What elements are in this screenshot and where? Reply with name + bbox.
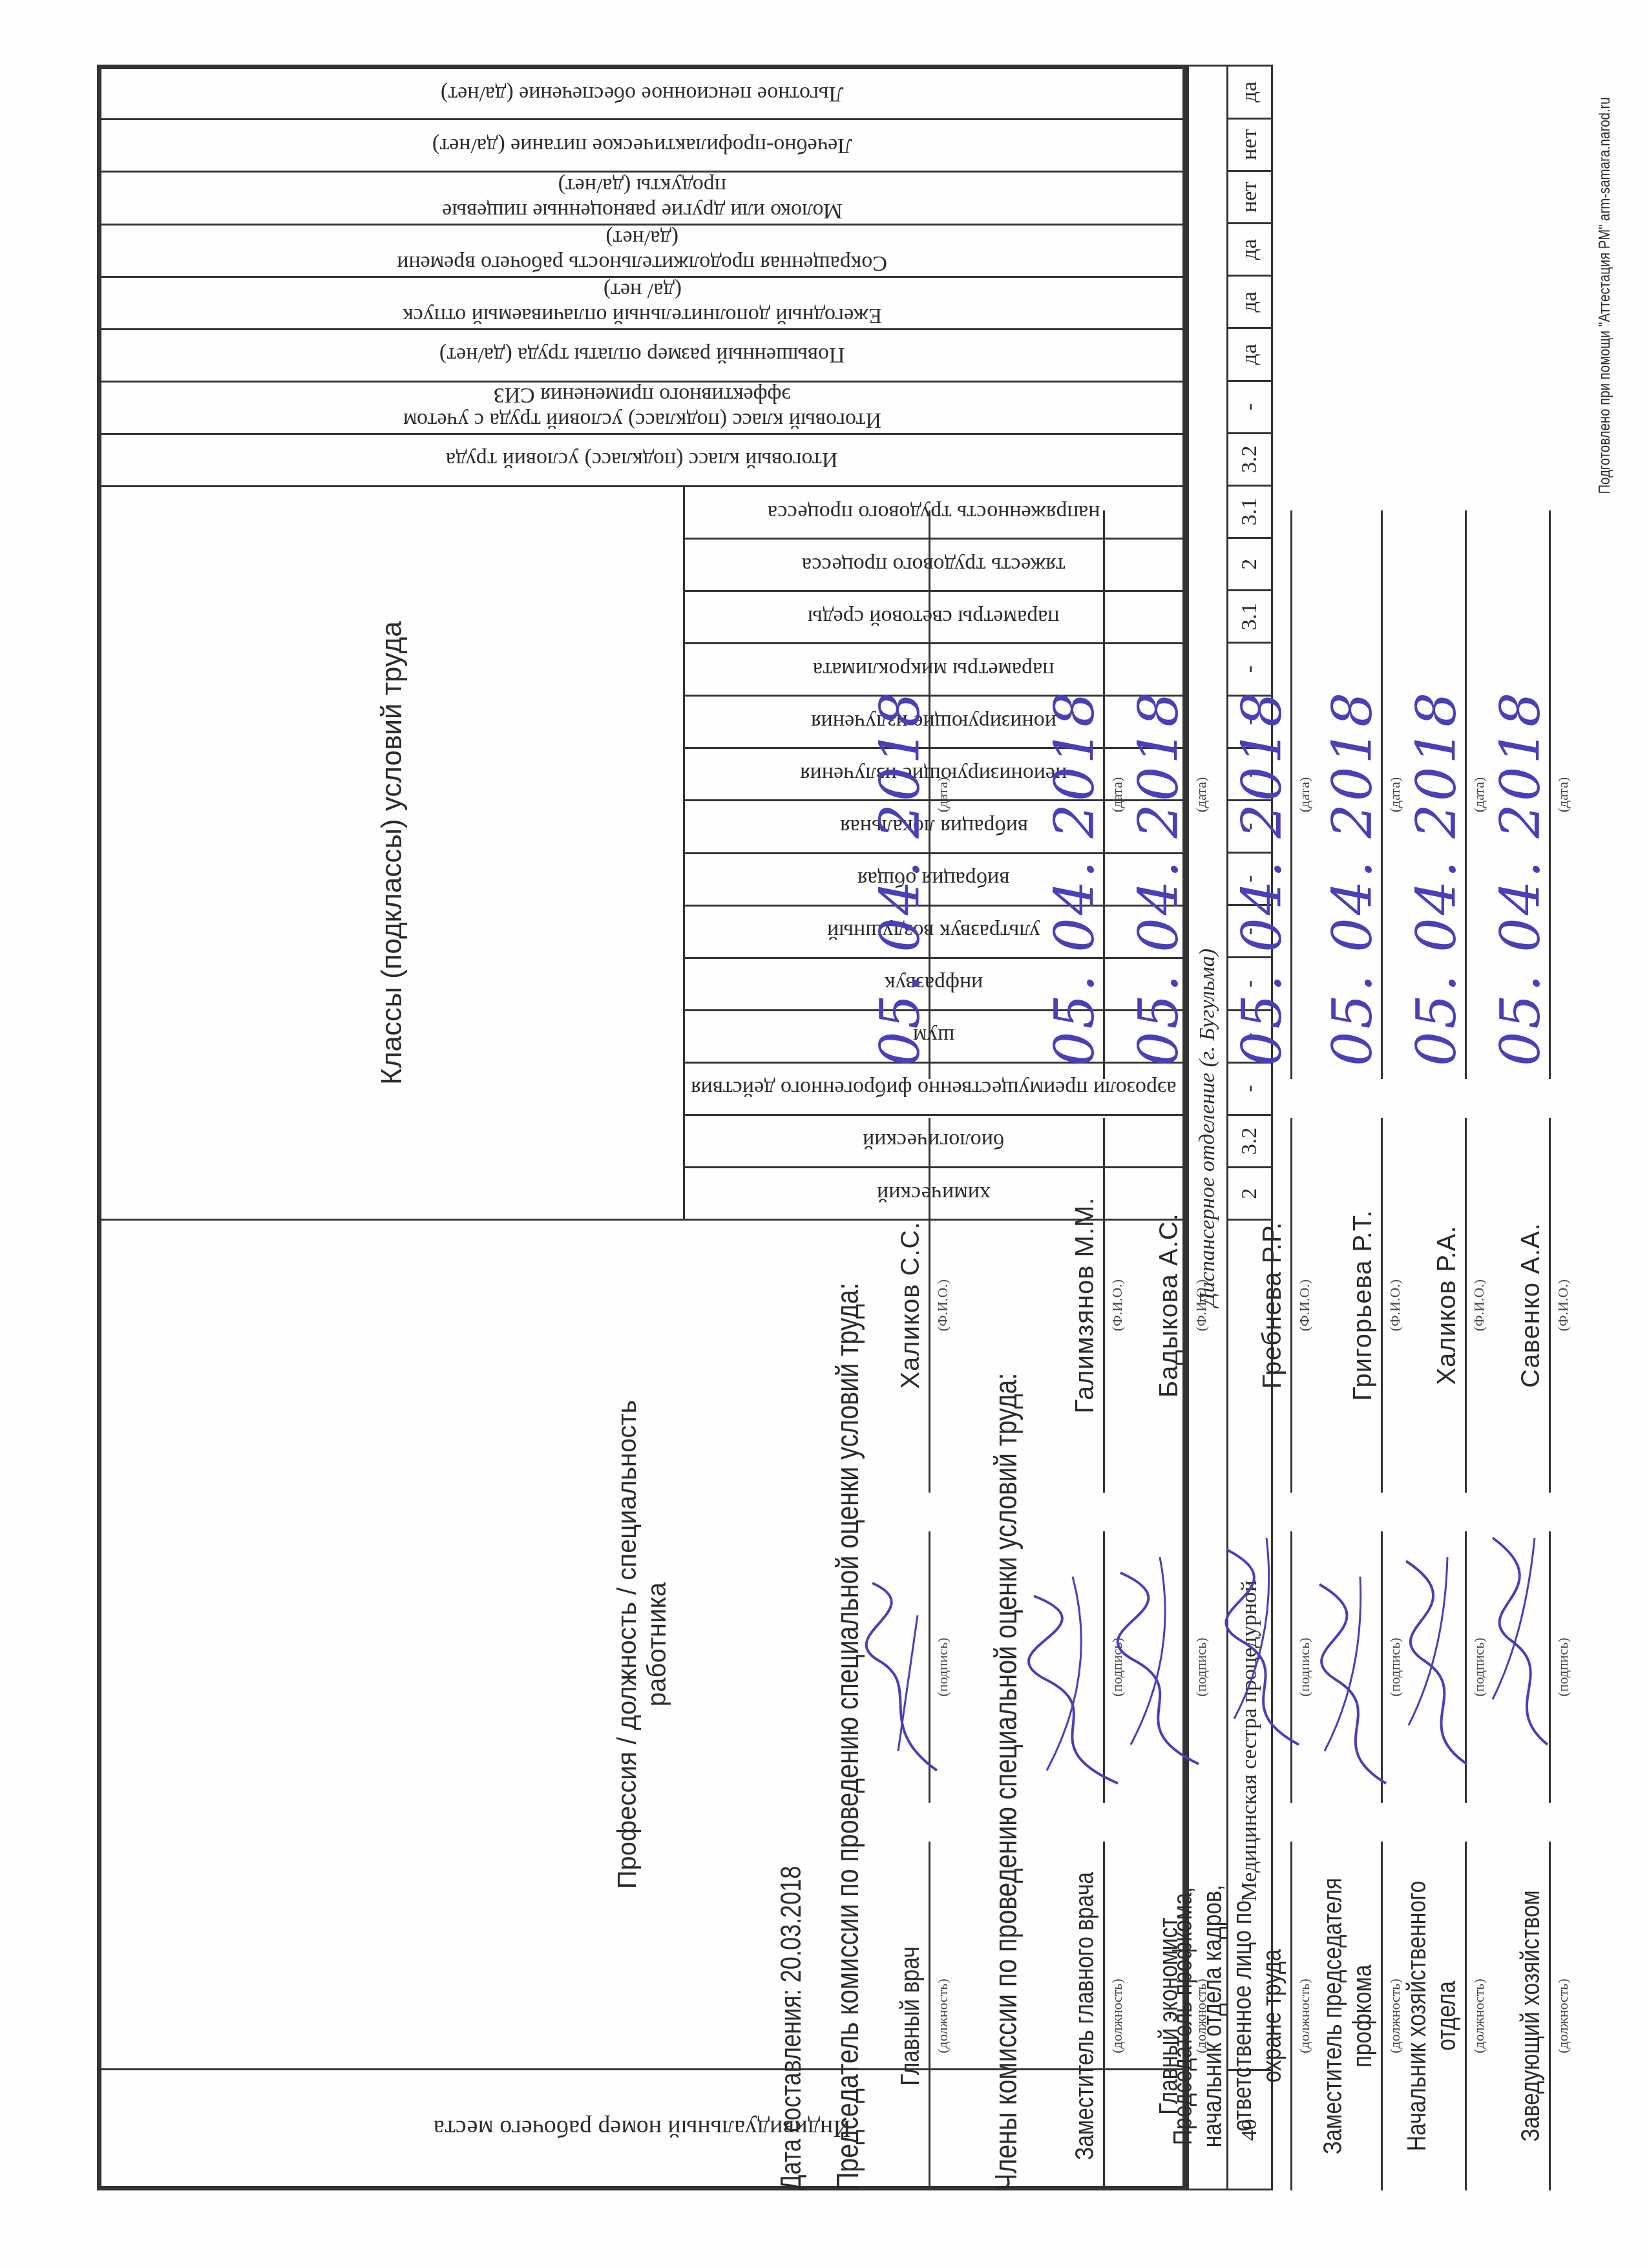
member-date: 05. 04. 2018 — [1405, 690, 1468, 1066]
member-date: 05. 04. 2018 — [1127, 690, 1190, 1066]
document-page: Индивидуальный номер рабочего места Проф… — [0, 0, 1649, 2268]
name-caption: (Ф.И.О.) — [1555, 1118, 1571, 1493]
date-line[interactable] — [1103, 510, 1105, 1079]
member-signature-row: Председатель профкома, начальник отдела … — [1221, 58, 1299, 2190]
chairman-signature-row: Главный врач (должность) (подпись) Халик… — [859, 58, 937, 2190]
member-position: Председатель профкома, начальник отдела … — [1168, 1869, 1287, 2163]
member-signature-row: Заведующий хозяйством (должность) (подпи… — [1480, 58, 1557, 2190]
date-line[interactable] — [929, 510, 930, 1079]
header-classes-group-label: Классы (подклассы) условий труда — [376, 621, 408, 1084]
member-date: 05. 04. 2018 — [1043, 690, 1106, 1066]
position-line — [1290, 1842, 1292, 2190]
position-line — [1549, 1842, 1551, 2190]
date-caption: (дата) — [1555, 510, 1571, 1079]
name-line — [1290, 1118, 1292, 1493]
name-caption: (Ф.И.О.) — [934, 1118, 951, 1493]
name-line — [1103, 1118, 1105, 1493]
member-position: Заведующий хозяйством — [1516, 1869, 1546, 2163]
member-name: Григорьева Р.Т. — [1349, 1118, 1378, 1493]
name-caption: (Ф.И.О.) — [1193, 1118, 1210, 1493]
name-caption: (Ф.И.О.) — [1296, 1118, 1313, 1493]
name-line — [929, 1118, 930, 1493]
date-line[interactable] — [1290, 510, 1292, 1079]
date-line[interactable] — [1187, 510, 1189, 1079]
name-line — [1465, 1118, 1467, 1493]
name-line — [1549, 1118, 1551, 1493]
member-position: Начальник хозяйственного отдела — [1402, 1869, 1462, 2163]
date-line[interactable] — [1465, 510, 1467, 1079]
position-line — [1381, 1842, 1383, 2190]
signature-scrawl-icon — [1105, 1538, 1215, 1770]
position-line — [1103, 1842, 1105, 2190]
signature-scrawl-icon — [859, 1570, 950, 1777]
member-name: Галимзянов М.М. — [1071, 1118, 1100, 1493]
signature-scrawl-icon — [1467, 1518, 1577, 1751]
member-signature-row: Заместитель председателя профкома (должн… — [1312, 58, 1389, 2190]
member-signature-row: Начальник хозяйственного отдела (должнос… — [1396, 58, 1473, 2190]
chairman-date: 05. 04. 2018 — [868, 690, 932, 1066]
member-signature-row: Заместитель главного врача (должность) (… — [1034, 58, 1111, 2190]
footer-note: Подготовлено при помощи "Аттестация РМ" … — [1596, 97, 1614, 494]
commission-section: Дата составления: 20.03.2018 Председател… — [775, 58, 1615, 2190]
position-line — [929, 1842, 930, 2190]
date-caption: (дата) — [1193, 510, 1210, 1079]
member-position: Заместитель председателя профкома — [1318, 1869, 1378, 2163]
member-position: Заместитель главного врача — [1070, 1869, 1100, 2163]
member-name: Халиков Р.А. — [1433, 1118, 1462, 1493]
header-classes-group: Классы (подклассы) условий труда — [100, 486, 684, 1219]
member-name: Бадыкова А.С. — [1155, 1118, 1184, 1493]
chairman-position: Главный врач — [896, 1869, 925, 2163]
members-heading: Члены комиссии по проведению специальной… — [989, 1373, 1024, 2190]
member-name: Гребнева Р.Р. — [1258, 1118, 1287, 1493]
date-caption: (дата) — [1296, 510, 1313, 1079]
member-date: 05. 04. 2018 — [1230, 690, 1294, 1066]
header-profession-label: Профессия / должность / специальность ра… — [613, 1221, 672, 2068]
date-caption: (дата) — [934, 510, 951, 1079]
position-line — [1465, 1842, 1467, 2190]
date-line[interactable] — [1549, 510, 1551, 1079]
member-name: Савенко А.А. — [1517, 1118, 1546, 1493]
position-caption: (должность) — [1555, 1842, 1571, 2190]
position-caption: (должность) — [1296, 1842, 1313, 2190]
position-caption: (должность) — [934, 1842, 951, 2190]
compiled-date: Дата составления: 20.03.2018 — [775, 1866, 808, 2190]
chairman-name: Халиков С.С. — [896, 1118, 925, 1493]
name-line — [1381, 1118, 1383, 1493]
name-line — [1187, 1118, 1189, 1493]
member-date: 05. 04. 2018 — [1489, 690, 1552, 1066]
member-date: 05. 04. 2018 — [1321, 690, 1384, 1066]
date-line[interactable] — [1381, 510, 1383, 1079]
